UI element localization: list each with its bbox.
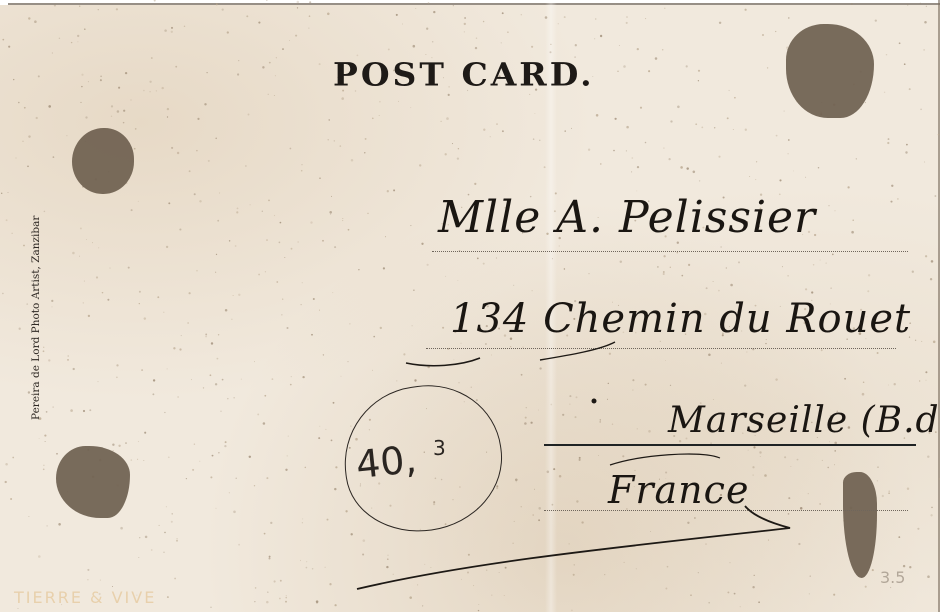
circled-note-number: 40,: [354, 437, 419, 487]
faint-watermark: TIERRE & VIVE: [14, 588, 156, 607]
glue-stain-top-right: [786, 24, 874, 118]
glue-stain-top-left: [72, 128, 134, 194]
recipient-country: France: [608, 468, 749, 512]
postcard-title: POST CARD.: [333, 56, 595, 93]
address-line-1-rule: [432, 251, 908, 252]
corner-pencil-note: 3.5: [880, 568, 905, 587]
circled-note-superscript: 3: [433, 436, 446, 460]
recipient-street: 134 Chemin du Rouet: [450, 296, 911, 342]
recipient-city: Marseille (B.d.R.): [668, 400, 940, 441]
address-line-2-rule: [426, 348, 896, 349]
recipient-name: Mlle A. Pelissier: [438, 192, 816, 243]
postcard-back: POST CARD. Pereira de Lord Photo Artist,…: [0, 0, 940, 612]
publisher-credit: Pereira de Lord Photo Artist, Zanzibar: [30, 170, 42, 420]
address-line-3-rule: [544, 444, 916, 446]
